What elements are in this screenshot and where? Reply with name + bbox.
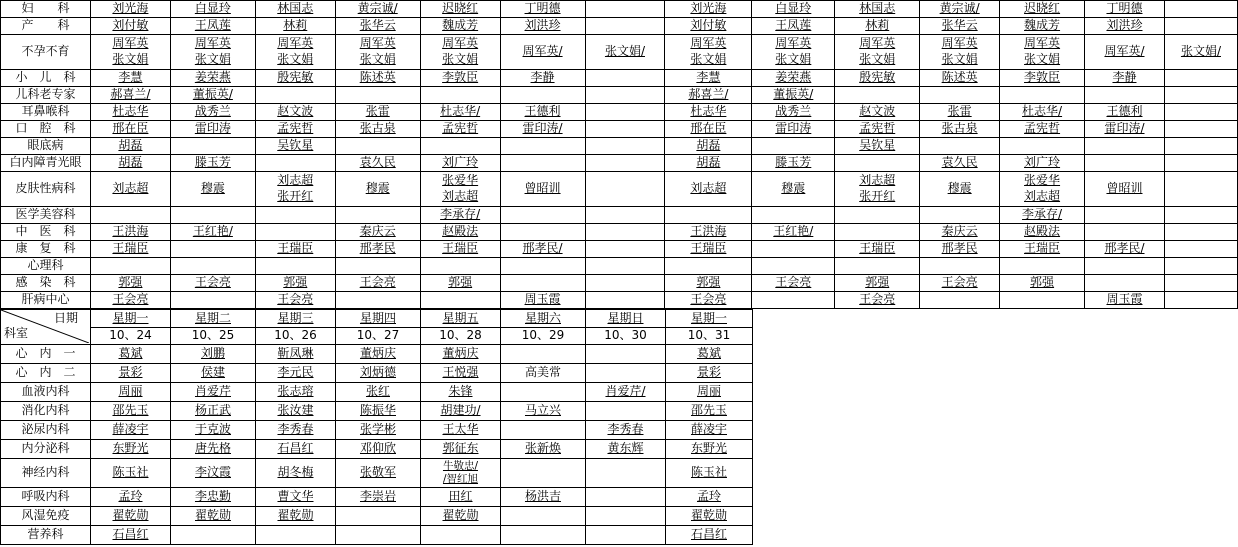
schedule-cell: 朱锋 bbox=[421, 383, 501, 402]
doctor-link[interactable]: 东野光 bbox=[691, 441, 727, 455]
schedule-cell bbox=[1164, 70, 1237, 87]
doctor-link[interactable]: 王德利 bbox=[525, 104, 561, 118]
doctor-link[interactable]: 郝喜兰/ bbox=[110, 87, 150, 101]
doctor-link[interactable]: 孟宪哲 bbox=[277, 121, 313, 135]
schedule-cell: 孟玲 bbox=[91, 488, 171, 507]
doctor-link[interactable]: 刘志超 bbox=[1024, 189, 1060, 203]
table-row: 内分泌科东野光唐先格石昌红邓仰欣郭征东张新焕黄东辉东野光 bbox=[1, 440, 753, 459]
schedule-cell: 翟乾勋 bbox=[171, 507, 256, 526]
doctor-link[interactable]: 景彩 bbox=[697, 365, 721, 379]
table-row: 中 医 科王洪海王红艳/秦庆云赵殿法王洪海王红艳/秦庆云赵殿法 bbox=[1, 224, 1238, 241]
doctor-link[interactable]: 雷印涛 bbox=[195, 121, 231, 135]
doctor-link[interactable]: 林国志 bbox=[277, 1, 313, 15]
schedule-cell bbox=[1164, 275, 1237, 292]
doctor-link[interactable]: 王洪海 bbox=[690, 224, 726, 238]
doctor-link[interactable]: 赵殿法 bbox=[442, 224, 478, 238]
schedule-cell: 邢孝民/ bbox=[500, 241, 585, 258]
doctor-link[interactable]: 牛敬忠/ bbox=[443, 460, 478, 472]
doctor-link[interactable]: 王红艳/ bbox=[193, 224, 233, 238]
doctor-link[interactable]: 周军英 bbox=[859, 36, 895, 50]
doctor-link[interactable]: 刘志超 bbox=[859, 173, 895, 187]
doctor-link[interactable]: 周军英 bbox=[360, 36, 396, 50]
doctor-link[interactable]: 肖爱芹/ bbox=[605, 384, 645, 398]
doctor-link[interactable]: 刘广玲 bbox=[1024, 155, 1060, 169]
schedule-cell bbox=[500, 207, 585, 224]
doctor-link[interactable]: 王太华 bbox=[442, 422, 478, 436]
doctor-link[interactable]: 邢孝民/ bbox=[523, 241, 563, 255]
doctor-link[interactable]: 王会亮 bbox=[277, 292, 313, 306]
doctor-link[interactable]: 刘鹏 bbox=[201, 346, 225, 360]
doctor-link[interactable]: 杨洪吉 bbox=[525, 489, 561, 503]
doctor-link[interactable]: 袁久民 bbox=[360, 155, 396, 169]
schedule-cell bbox=[1164, 104, 1237, 121]
doctor-link[interactable]: 滕玉芳 bbox=[775, 155, 811, 169]
doctor-link[interactable]: 周丽 bbox=[118, 384, 142, 398]
doctor-link[interactable]: 王瑞臣 bbox=[442, 241, 478, 255]
schedule-cell bbox=[585, 155, 665, 172]
schedule-cell: 姜荣燕 bbox=[752, 70, 835, 87]
doctor-link[interactable]: 朱锋 bbox=[448, 384, 472, 398]
schedule-cell: 张华云 bbox=[335, 18, 420, 35]
doctor-link[interactable]: 周军英 bbox=[690, 36, 726, 50]
doctor-link[interactable]: 李承存/ bbox=[1022, 207, 1062, 221]
schedule-cell: 李元民 bbox=[256, 364, 336, 383]
doctor-link[interactable]: 邵先玉 bbox=[112, 403, 148, 417]
date-label: 10、25 bbox=[192, 328, 235, 342]
table-row: 儿科老专家郝喜兰/董振英/郝喜兰/董振英/ bbox=[1, 87, 1238, 104]
schedule-cell bbox=[585, 1, 665, 18]
doctor-link[interactable]: 丁明德 bbox=[525, 1, 561, 15]
doctor-link[interactable]: 刘广玲 bbox=[442, 155, 478, 169]
doctor-link[interactable]: 赵文波 bbox=[277, 104, 313, 118]
department-label: 中 医 科 bbox=[1, 224, 91, 241]
schedule-cell bbox=[170, 207, 255, 224]
doctor-link[interactable]: 吴钦星 bbox=[277, 138, 313, 152]
schedule-cell: 郝喜兰/ bbox=[90, 87, 170, 104]
weekday-header: 星期一 bbox=[112, 311, 148, 325]
doctor-link[interactable]: 魏成芳 bbox=[1024, 18, 1060, 32]
schedule-cell: 胡磊 bbox=[90, 138, 170, 155]
schedule-cell bbox=[170, 241, 255, 258]
date-label: 10、29 bbox=[522, 328, 565, 342]
doctor-link[interactable]: 周军英 bbox=[195, 36, 231, 50]
doctor-link[interactable]: 李静 bbox=[1112, 70, 1136, 84]
doctor-link[interactable]: 李元民 bbox=[277, 365, 313, 379]
doctor-link[interactable]: 刘付敏 bbox=[690, 18, 726, 32]
doctor-link[interactable]: 李敦臣 bbox=[442, 70, 478, 84]
doctor-link[interactable]: 张新焕 bbox=[525, 441, 561, 455]
doctor-link[interactable]: 穆震 bbox=[948, 181, 972, 195]
doctor-link[interactable]: 邵先玉 bbox=[691, 403, 727, 417]
doctor-link[interactable]: 刘洪珍 bbox=[525, 18, 561, 32]
schedule-cell: 迟晓红 bbox=[1000, 1, 1085, 18]
doctor-link[interactable]: 刘炳德 bbox=[360, 365, 396, 379]
doctor-link[interactable]: 薛凌宇 bbox=[112, 422, 148, 436]
doctor-link[interactable]: 郭强 bbox=[1030, 275, 1054, 289]
doctor-link[interactable]: 黄宗诚/ bbox=[940, 1, 980, 15]
doctor-link[interactable]: 邢在臣 bbox=[112, 121, 148, 135]
doctor-link[interactable]: 殷宪敏 bbox=[277, 70, 313, 84]
department-label: 营养科 bbox=[1, 526, 91, 545]
doctor-link[interactable]: 曾昭训 bbox=[525, 181, 561, 195]
doctor-link[interactable]: 于克波 bbox=[195, 422, 231, 436]
doctor-link[interactable]: 张爱华 bbox=[442, 173, 478, 187]
doctor-link[interactable]: 靳凤琳 bbox=[277, 346, 313, 360]
doctor-link[interactable]: 滕玉芳 bbox=[195, 155, 231, 169]
doctor-link[interactable]: 秦庆云 bbox=[942, 224, 978, 238]
doctor-link[interactable]: 王瑞臣 bbox=[112, 241, 148, 255]
doctor-link[interactable]: 胡磊 bbox=[118, 155, 142, 169]
doctor-link[interactable]: 刘志超 bbox=[112, 181, 148, 195]
doctor-link[interactable]: 李慧 bbox=[118, 70, 142, 84]
doctor-link[interactable]: 张文娟/ bbox=[1181, 44, 1221, 58]
doctor-link[interactable]: 黄东辉 bbox=[607, 441, 643, 455]
doctor-link[interactable]: 李汶霞 bbox=[195, 465, 231, 479]
doctor-link[interactable]: 胡磊 bbox=[696, 155, 720, 169]
schedule-cell bbox=[1085, 87, 1165, 104]
schedule-cell: 王瑞臣 bbox=[665, 241, 752, 258]
doctor-link[interactable]: 王会亮 bbox=[775, 275, 811, 289]
doctor-link[interactable]: 李忠勤 bbox=[195, 489, 231, 503]
doctor-link[interactable]: 曹文华 bbox=[277, 489, 313, 503]
doctor-link[interactable]: 王会亮 bbox=[690, 292, 726, 306]
schedule-cell bbox=[1164, 241, 1237, 258]
doctor-link[interactable]: 周丽 bbox=[697, 384, 721, 398]
doctor-link[interactable]: 王会亮 bbox=[360, 275, 396, 289]
weekday-header-cell: 星期五 bbox=[421, 310, 501, 328]
doctor-link[interactable]: 董炳庆 bbox=[360, 346, 396, 360]
doctor-link[interactable]: 张文娟 bbox=[112, 52, 148, 66]
doctor-link[interactable]: 张古泉 bbox=[360, 121, 396, 135]
table-row: 心 内 一葛斌刘鹏靳凤琳董炳庆董炳庆葛斌 bbox=[1, 345, 753, 364]
table-row: 康 复 科王瑞臣王瑞臣邢孝民王瑞臣邢孝民/王瑞臣王瑞臣邢孝民王瑞臣邢孝民/ bbox=[1, 241, 1238, 258]
doctor-link[interactable]: 邢孝民 bbox=[942, 241, 978, 255]
schedule-cell: 胡冬梅 bbox=[256, 459, 336, 488]
doctor-link[interactable]: 白显玲 bbox=[775, 1, 811, 15]
doctor-link[interactable]: 肖爱芹 bbox=[195, 384, 231, 398]
doctor-link[interactable]: 翟乾勋 bbox=[195, 508, 231, 522]
corner-date-label: 日期 bbox=[54, 311, 78, 327]
doctor-link[interactable]: 张文娟 bbox=[690, 52, 726, 66]
date-cell: 10、29 bbox=[501, 328, 586, 345]
table-row: 消化内科邵先玉杨正武张汝建陈振华胡建功/马立兴邵先玉 bbox=[1, 402, 753, 421]
schedule-cell: 王会亮 bbox=[835, 292, 920, 309]
doctor-link[interactable]: 杜志华 bbox=[690, 104, 726, 118]
doctor-link[interactable]: 迟晓红 bbox=[1024, 1, 1060, 15]
doctor-link[interactable]: 雷印涛/ bbox=[1104, 121, 1144, 135]
doctor-link[interactable]: 薛凌宇 bbox=[691, 422, 727, 436]
schedule-cell: 石昌红 bbox=[666, 526, 753, 545]
schedule-cell: 曾昭训 bbox=[500, 172, 585, 207]
doctor-link[interactable]: 姜荣燕 bbox=[195, 70, 231, 84]
doctor-link[interactable]: 陈述英 bbox=[360, 70, 396, 84]
doctor-link[interactable]: 周军英/ bbox=[1104, 44, 1144, 58]
doctor-link[interactable]: 刘洪珍 bbox=[1106, 18, 1142, 32]
doctor-link[interactable]: 杨正武 bbox=[195, 403, 231, 417]
department-label: 内分泌科 bbox=[1, 440, 91, 459]
doctor-link[interactable]: 郭强 bbox=[448, 275, 472, 289]
doctor-link[interactable]: 郭强 bbox=[283, 275, 307, 289]
doctor-link[interactable]: 王瑞臣 bbox=[1024, 241, 1060, 255]
schedule-cell: 董炳庆 bbox=[421, 345, 501, 364]
doctor-link[interactable]: 林国志 bbox=[859, 1, 895, 15]
doctor-link[interactable]: 张汝建 bbox=[277, 403, 313, 417]
doctor-link[interactable]: 王会亮 bbox=[112, 292, 148, 306]
doctor-link[interactable]: 袁久民 bbox=[942, 155, 978, 169]
schedule-cell: 王洪海 bbox=[90, 224, 170, 241]
doctor-link[interactable]: 周玉霞 bbox=[525, 292, 561, 306]
doctor-link[interactable]: 王红艳/ bbox=[773, 224, 813, 238]
department-label: 小 儿 科 bbox=[1, 70, 91, 87]
doctor-link[interactable]: 林莉 bbox=[865, 18, 889, 32]
doctor-link[interactable]: 刘志超 bbox=[690, 181, 726, 195]
doctor-link[interactable]: 田红 bbox=[448, 489, 472, 503]
doctor-link[interactable]: 翟乾勋 bbox=[112, 508, 148, 522]
doctor-link[interactable]: 周军英 bbox=[1024, 36, 1060, 50]
doctor-link[interactable]: 陈玉社 bbox=[112, 465, 148, 479]
doctor-link[interactable]: 张文娟 bbox=[775, 52, 811, 66]
doctor-link[interactable]: 郭强 bbox=[118, 275, 142, 289]
doctor-link[interactable]: 张爱华 bbox=[1024, 173, 1060, 187]
doctor-link[interactable]: 胡冬梅 bbox=[277, 465, 313, 479]
schedule-cell: 刘付敏 bbox=[90, 18, 170, 35]
doctor-link[interactable]: 邓仰欣 bbox=[360, 441, 396, 455]
doctor-link[interactable]: 张华云 bbox=[942, 18, 978, 32]
doctor-link[interactable]: 董炳庆 bbox=[442, 346, 478, 360]
schedule-cell bbox=[1164, 224, 1237, 241]
doctor-link[interactable]: 刘付敏 bbox=[112, 18, 148, 32]
schedule-cell: 马立兴 bbox=[501, 402, 586, 421]
doctor-link[interactable]: 石昌红 bbox=[691, 527, 727, 541]
schedule-cell: 殷宪敏 bbox=[835, 70, 920, 87]
schedule-cell bbox=[501, 345, 586, 364]
doctor-link[interactable]: 东野光 bbox=[112, 441, 148, 455]
doctor-link[interactable]: 刘志超 bbox=[277, 173, 313, 187]
doctor-link[interactable]: 杜志华 bbox=[112, 104, 148, 118]
doctor-link[interactable]: 孟宪哲 bbox=[1024, 121, 1060, 135]
doctor-link[interactable]: 白显玲 bbox=[195, 1, 231, 15]
schedule-cell: 刘鹏 bbox=[171, 345, 256, 364]
doctor-link[interactable]: 孟宪哲 bbox=[442, 121, 478, 135]
doctor-link[interactable]: 王悦强 bbox=[442, 365, 478, 379]
doctor-link[interactable]: 吴钦星 bbox=[859, 138, 895, 152]
doctor-link[interactable]: 葛斌 bbox=[697, 346, 721, 360]
doctor-link[interactable]: 张古泉 bbox=[942, 121, 978, 135]
table-row: 心理科 bbox=[1, 258, 1238, 275]
doctor-link[interactable]: /智红旭 bbox=[443, 473, 478, 485]
doctor-link[interactable]: 邢在臣 bbox=[690, 121, 726, 135]
doctor-link[interactable]: 孟玲 bbox=[697, 489, 721, 503]
doctor-link[interactable]: 王洪海 bbox=[112, 224, 148, 238]
doctor-link[interactable]: 郝喜兰/ bbox=[688, 87, 728, 101]
doctor-link[interactable]: 王会亮 bbox=[859, 292, 895, 306]
schedule-cell: 王洪海 bbox=[665, 224, 752, 241]
doctor-link[interactable]: 穆震 bbox=[201, 181, 225, 195]
doctor-link[interactable]: 景彩 bbox=[118, 365, 142, 379]
department-label: 心理科 bbox=[1, 258, 91, 275]
doctor-link[interactable]: 王瑞臣 bbox=[277, 241, 313, 255]
schedule-cell: 张红 bbox=[336, 383, 421, 402]
doctor-link[interactable]: 雷印涛/ bbox=[523, 121, 563, 135]
doctor-link[interactable]: 李慧 bbox=[696, 70, 720, 84]
schedule-cell: 东野光 bbox=[666, 440, 753, 459]
doctor-link[interactable]: 王凤莲 bbox=[775, 18, 811, 32]
doctor-link[interactable]: 郭强 bbox=[865, 275, 889, 289]
doctor-link[interactable]: 马立兴 bbox=[525, 403, 561, 417]
doctor-link[interactable]: 张雷 bbox=[366, 104, 390, 118]
doctor-link[interactable]: 王瑞臣 bbox=[690, 241, 726, 255]
doctor-link[interactable]: 张志瑢 bbox=[277, 384, 313, 398]
doctor-link[interactable]: 周军英 bbox=[442, 36, 478, 50]
doctor-link[interactable]: 周军英 bbox=[775, 36, 811, 50]
doctor-link[interactable]: 翟乾勋 bbox=[442, 508, 478, 522]
doctor-link[interactable]: 张敬军 bbox=[360, 465, 396, 479]
doctor-link[interactable]: 周军英 bbox=[942, 36, 978, 50]
schedule-cell: 王会亮 bbox=[255, 292, 335, 309]
doctor-link[interactable]: 王会亮 bbox=[195, 275, 231, 289]
doctor-link[interactable]: 周军英 bbox=[112, 36, 148, 50]
doctor-link[interactable]: 孟玲 bbox=[118, 489, 142, 503]
doctor-link[interactable]: 李秀春 bbox=[277, 422, 313, 436]
schedule-cell bbox=[1164, 155, 1237, 172]
doctor-link[interactable]: 王会亮 bbox=[942, 275, 978, 289]
doctor-link[interactable]: 杜志华/ bbox=[1022, 104, 1062, 118]
doctor-link[interactable]: 张文娟/ bbox=[605, 44, 645, 58]
doctor-link[interactable]: 周军英 bbox=[277, 36, 313, 50]
doctor-link[interactable]: 董振英/ bbox=[773, 87, 813, 101]
schedule-cell bbox=[586, 364, 666, 383]
schedule-cell: 滕玉芳 bbox=[752, 155, 835, 172]
doctor-link[interactable]: 李承存/ bbox=[440, 207, 480, 221]
schedule-cell bbox=[335, 292, 420, 309]
dated-schedule-table: 日期科室星期一星期二星期三星期四星期五星期六星期日星期一10、2410、2510… bbox=[0, 309, 753, 545]
doctor-link[interactable]: 赵文波 bbox=[859, 104, 895, 118]
doctor-link[interactable]: 魏成芳 bbox=[442, 18, 478, 32]
doctor-link[interactable]: 张文娟 bbox=[195, 52, 231, 66]
doctor-link[interactable]: 张华云 bbox=[360, 18, 396, 32]
corner-cell: 日期科室 bbox=[1, 310, 91, 345]
schedule-cell: 翟乾勋 bbox=[256, 507, 336, 526]
doctor-link[interactable]: 王瑞臣 bbox=[859, 241, 895, 255]
doctor-link[interactable]: 周军英/ bbox=[523, 44, 563, 58]
schedule-cell: 迟晓红 bbox=[420, 1, 500, 18]
schedule-cell bbox=[335, 258, 420, 275]
doctor-link[interactable]: 张文娟 bbox=[277, 52, 313, 66]
doctor-link[interactable]: 陈振华 bbox=[360, 403, 396, 417]
doctor-link[interactable]: 董振英/ bbox=[193, 87, 233, 101]
table-row: 小 儿 科李慧姜荣燕殷宪敏陈述英李敦臣李静李慧姜荣燕殷宪敏陈述英李敦臣李静 bbox=[1, 70, 1238, 87]
doctor-link[interactable]: 张文娟 bbox=[360, 52, 396, 66]
schedule-cell: 赵文波 bbox=[835, 104, 920, 121]
doctor-link[interactable]: 林莉 bbox=[283, 18, 307, 32]
schedule-cell bbox=[255, 207, 335, 224]
doctor-link[interactable]: 孟宪哲 bbox=[859, 121, 895, 135]
schedule-cell bbox=[585, 121, 665, 138]
schedule-cell bbox=[585, 275, 665, 292]
doctor-link[interactable]: 胡建功/ bbox=[440, 403, 480, 417]
doctor-link[interactable]: 李静 bbox=[531, 70, 555, 84]
doctor-link[interactable]: 曾昭训 bbox=[1106, 181, 1142, 195]
schedule-cell: 魏成芳 bbox=[420, 18, 500, 35]
doctor-link[interactable]: 穆震 bbox=[781, 181, 805, 195]
schedule-cell bbox=[501, 383, 586, 402]
doctor-link[interactable]: 周玉霞 bbox=[1106, 292, 1142, 306]
doctor-link[interactable]: 张学彬 bbox=[360, 422, 396, 436]
schedule-cell bbox=[665, 258, 752, 275]
department-label: 消化内科 bbox=[1, 402, 91, 421]
doctor-link[interactable]: 侯建 bbox=[201, 365, 225, 379]
doctor-link[interactable]: 黄宗诚/ bbox=[358, 1, 398, 15]
doctor-link[interactable]: 王德利 bbox=[1106, 104, 1142, 118]
doctor-link[interactable]: 殷宪敏 bbox=[859, 70, 895, 84]
doctor-link[interactable]: 翟乾勋 bbox=[277, 508, 313, 522]
doctor-link[interactable]: 张文娟 bbox=[942, 52, 978, 66]
doctor-link[interactable]: 张文娟 bbox=[442, 52, 478, 66]
schedule-cell: 战秀兰 bbox=[752, 104, 835, 121]
doctor-link[interactable]: 李秀春 bbox=[607, 422, 643, 436]
doctor-link[interactable]: 唐先格 bbox=[195, 441, 231, 455]
doctor-link[interactable]: 李敦臣 bbox=[1024, 70, 1060, 84]
doctor-link[interactable]: 石昌红 bbox=[277, 441, 313, 455]
doctor-link[interactable]: 邢孝民 bbox=[360, 241, 396, 255]
schedule-cell: 刘志超张开红 bbox=[835, 172, 920, 207]
schedule-cell: 石昌红 bbox=[91, 526, 171, 545]
schedule-cell: 胡磊 bbox=[90, 155, 170, 172]
doctor-link[interactable]: 迟晓红 bbox=[442, 1, 478, 15]
schedule-cell: 雷印涛/ bbox=[500, 121, 585, 138]
weekday-header: 星期二 bbox=[195, 311, 231, 325]
department-label: 白内障青光眼 bbox=[1, 155, 91, 172]
doctor-link[interactable]: 郭强 bbox=[696, 275, 720, 289]
doctor-link[interactable]: 郭征东 bbox=[442, 441, 478, 455]
doctor-link[interactable]: 胡磊 bbox=[696, 138, 720, 152]
date-label: 10、28 bbox=[439, 328, 482, 342]
doctor-link[interactable]: 刘光海 bbox=[112, 1, 148, 15]
doctor-link[interactable]: 赵殿法 bbox=[1024, 224, 1060, 238]
doctor-link[interactable]: 陈述英 bbox=[942, 70, 978, 84]
doctor-link[interactable]: 胡磊 bbox=[118, 138, 142, 152]
doctor-link[interactable]: 张文娟 bbox=[859, 52, 895, 66]
schedule-cell bbox=[255, 155, 335, 172]
schedule-cell bbox=[500, 224, 585, 241]
doctor-link[interactable]: 王凤莲 bbox=[195, 18, 231, 32]
doctor-link[interactable]: 姜荣燕 bbox=[775, 70, 811, 84]
doctor-link[interactable]: 陈玉社 bbox=[691, 465, 727, 479]
doctor-link[interactable]: 战秀兰 bbox=[775, 104, 811, 118]
doctor-link[interactable]: 石昌红 bbox=[112, 527, 148, 541]
doctor-link[interactable]: 葛斌 bbox=[118, 346, 142, 360]
doctor-link[interactable]: 杜志华/ bbox=[440, 104, 480, 118]
doctor-link[interactable]: 刘光海 bbox=[690, 1, 726, 15]
schedule-cell: 刘广玲 bbox=[420, 155, 500, 172]
doctor-link[interactable]: 张红 bbox=[366, 384, 390, 398]
doctor-link[interactable]: 邢孝民/ bbox=[1104, 241, 1144, 255]
doctor-link[interactable]: 张雷 bbox=[948, 104, 972, 118]
doctor-link[interactable]: 刘志超 bbox=[442, 189, 478, 203]
schedule-cell: 薛凌宇 bbox=[666, 421, 753, 440]
doctor-link[interactable]: 张文娟 bbox=[1024, 52, 1060, 66]
doctor-link[interactable]: 翟乾勋 bbox=[691, 508, 727, 522]
doctor-link[interactable]: 雷印涛 bbox=[775, 121, 811, 135]
doctor-link[interactable]: 李崇岩 bbox=[360, 489, 396, 503]
doctor-link[interactable]: 战秀兰 bbox=[195, 104, 231, 118]
doctor-link[interactable]: 秦庆云 bbox=[360, 224, 396, 238]
schedule-cell bbox=[170, 138, 255, 155]
doctor-link[interactable]: 张开红 bbox=[859, 189, 895, 203]
doctor-link[interactable]: 丁明德 bbox=[1106, 1, 1142, 15]
doctor-link[interactable]: 张开红 bbox=[277, 189, 313, 203]
doctor-link[interactable]: 穆震 bbox=[366, 181, 390, 195]
